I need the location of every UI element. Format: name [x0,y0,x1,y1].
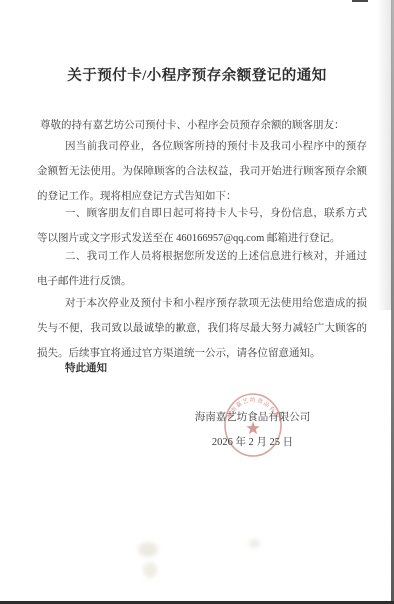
photo-smudge [249,539,260,548]
notice-document-page: 关于预付卡/小程序预存余额登记的通知 尊敬的持有嘉艺坊公司预付卡、小程序会员预存… [0,0,394,604]
photo-edge-shading [377,0,392,310]
signature-block: 海南嘉艺坊食品有限公司 2026 年 2 月 25 日 [150,405,355,455]
document-title: 关于预付卡/小程序预存余额登记的通知 [0,64,394,85]
photo-smudge [138,542,158,557]
closing-line: 特此通知 [65,356,107,381]
photo-smudge [143,562,157,578]
paragraph-intro: 因当前我司停业，各位顾客所持的预付卡及我司小程序中的预存金额暂无法使用。为保障顾… [37,134,367,209]
paragraph-item-2: 二、我司工作人员将根据您所发送的上述信息进行核对，并通过电子邮件进行反馈。 [37,244,367,294]
date-line: 2026 年 2 月 25 日 [150,430,355,455]
photo-edge-top-dash [352,0,368,2]
paragraph-apology: 对于本次停业及预付卡和小程序预存款项无法使用给您造成的损失与不便，我司致以最诚挚… [37,291,367,366]
company-name: 海南嘉艺坊食品有限公司 [150,405,355,430]
